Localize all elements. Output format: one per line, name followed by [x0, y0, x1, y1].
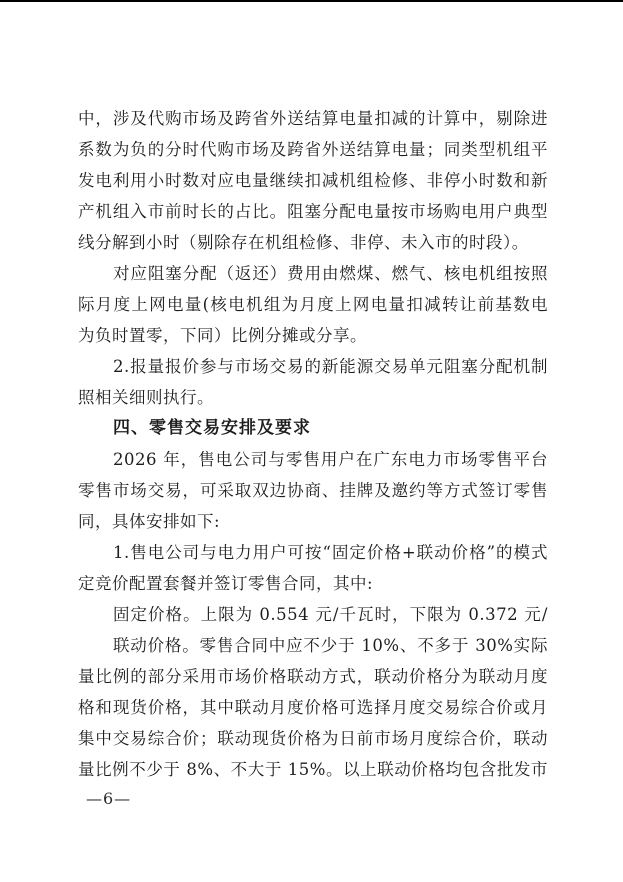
document-body: 中，涉及代购市场及跨省外送结算电量扣减的计算中，剔除进度 系数为负的分时代购市场…: [78, 103, 548, 785]
text-line: 照相关细则执行。: [78, 382, 548, 413]
text-line: 1.售电公司与电力用户可按“固定价格+联动价格”的模式约: [78, 537, 548, 568]
section-heading: 四、零售交易安排及要求: [78, 413, 548, 444]
text-line: 集中交易综合价；联动现货价格为日前市场月度综合价，联动电: [78, 723, 548, 754]
text-line: 量比例不少于 8%、不大于 15%。以上联动价格均包含批发市场: [78, 754, 548, 785]
text-line: 同，具体安排如下:: [78, 506, 548, 537]
text-line: 对应阻塞分配（返还）费用由燃煤、燃气、核电机组按照实: [78, 258, 548, 289]
text-line: 2.报量报价参与市场交易的新能源交易单元阻塞分配机制按: [78, 351, 548, 382]
text-line: 为负时置零，下同）比例分摊或分享。: [78, 320, 548, 351]
text-line: 中，涉及代购市场及跨省外送结算电量扣减的计算中，剔除进度: [78, 103, 548, 134]
scan-edge-artifact: [0, 0, 623, 2]
text-line: 发电利用小时数对应电量继续扣减机组检修、非停小时数和新投: [78, 165, 548, 196]
text-line: 系数为负的分时代购市场及跨省外送结算电量；同类型机组平均: [78, 134, 548, 165]
text-line: 线分解到小时（剔除存在机组检修、非停、未入市的时段）。: [78, 227, 548, 258]
text-line: 定竞价配置套餐并签订零售合同，其中:: [78, 568, 548, 599]
text-line: 际月度上网电量(核电机组为月度上网电量扣减转让前基数电量，: [78, 289, 548, 320]
text-line: 量比例的部分采用市场价格联动方式，联动价格分为联动月度价: [78, 661, 548, 692]
text-line: 产机组入市前时长的占比。阻塞分配电量按市场购电用户典型曲: [78, 196, 548, 227]
text-line: 联动价格。零售合同中应不少于 10%、不多于 30%实际用电: [78, 630, 548, 661]
text-line: 2026 年，售电公司与零售用户在广东电力市场零售平台开展: [78, 444, 548, 475]
page-number: —6—: [86, 789, 131, 808]
text-line: 格和现货价格，其中联动月度价格可选择月度交易综合价或月度: [78, 692, 548, 723]
text-line: 零售市场交易，可采取双边协商、挂牌及邀约等方式签订零售合: [78, 475, 548, 506]
text-line: 固定价格。上限为 0.554 元/千瓦时，下限为 0.372 元/千瓦时。: [78, 599, 548, 630]
document-page: { "colors": { "background": "#ffffff", "…: [0, 0, 623, 882]
